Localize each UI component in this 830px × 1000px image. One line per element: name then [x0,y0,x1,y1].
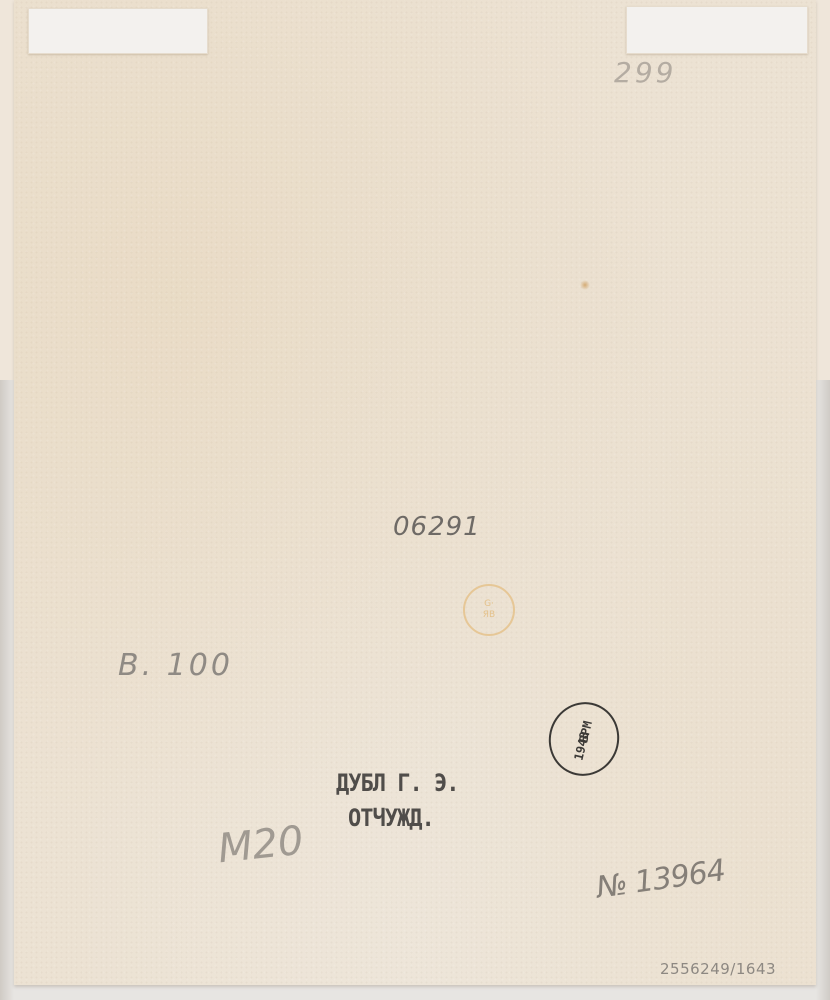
stamp-line-1: ДУБЛ Г. Э. [336,767,458,802]
stamp-text: G· [484,599,494,610]
stamp-text: 1948 [571,730,592,762]
inscription-reference: B. 100 [118,648,233,683]
stamp-line-2: ОТЧУЖД. [336,802,458,837]
inscription-center-number: 06291 [393,512,481,542]
paper-sheet [14,0,816,985]
foxing-spot [580,280,590,290]
tape-strip-left [28,8,208,54]
tape-strip-right [626,6,808,54]
stamp-text: ЯВ [483,610,495,621]
inscription-top-number: 299 [614,56,676,89]
inscription-bottom-code: 2556249/1643 [660,960,776,978]
block-stamp: ДУБЛ Г. Э. ОТЧУЖД. [336,767,458,837]
inscription-mark: M20 [216,818,306,873]
orange-circle-stamp: G· ЯВ [463,584,515,636]
